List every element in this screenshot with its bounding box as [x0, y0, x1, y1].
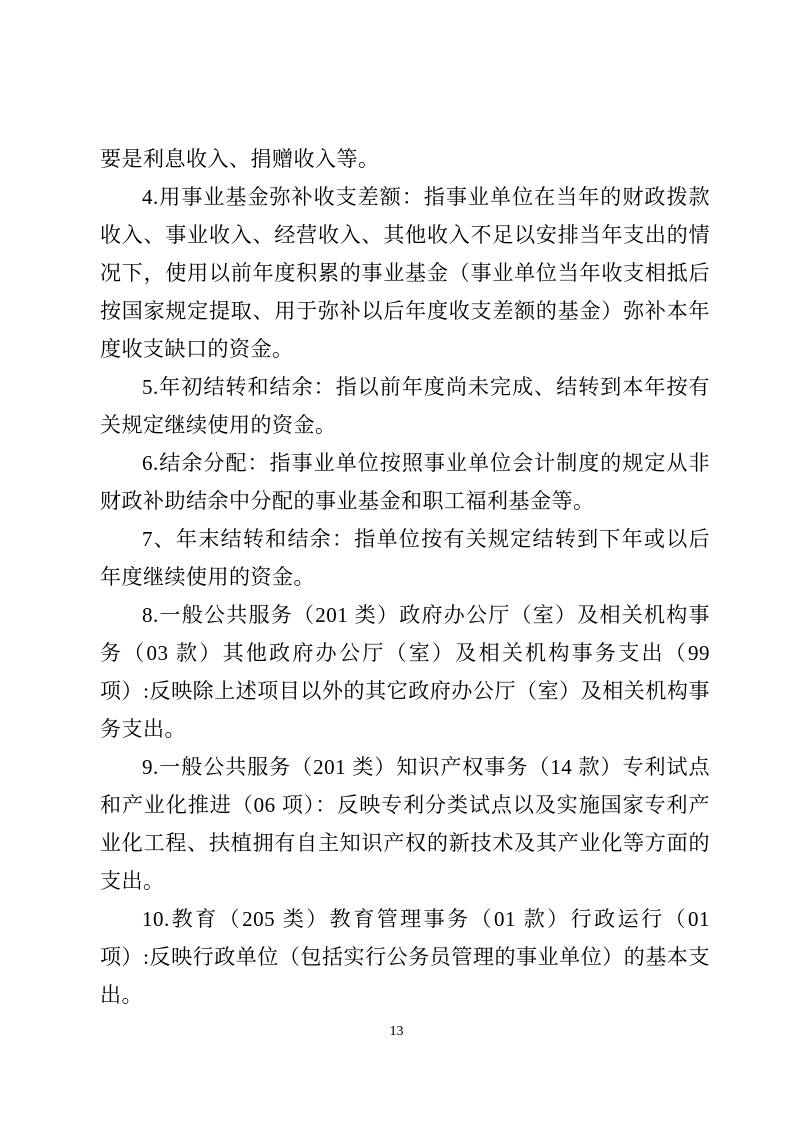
page-footer: 13 — [0, 1022, 793, 1040]
paragraph-item-6: 6.结余分配：指事业单位按照事业单位会计制度的规定从非财政补助结余中分配的事业基… — [100, 444, 710, 520]
page-number: 13 — [390, 1024, 404, 1039]
paragraph-item-4: 4.用事业基金弥补收支差额：指事业单位在当年的财政拨款收入、事业收入、经营收入、… — [100, 178, 710, 368]
paragraph-continuation: 要是利息收入、捐赠收入等。 — [100, 140, 710, 178]
paragraph-item-5: 5.年初结转和结余：指以前年度尚未完成、结转到本年按有关规定继续使用的资金。 — [100, 368, 710, 444]
paragraph-item-8: 8.一般公共服务（201 类）政府办公厅（室）及相关机构事务（03 款）其他政府… — [100, 596, 710, 748]
document-page: 要是利息收入、捐赠收入等。 4.用事业基金弥补收支差额：指事业单位在当年的财政拨… — [0, 0, 793, 1122]
paragraph-item-9: 9.一般公共服务（201 类）知识产权事务（14 款）专利试点和产业化推进（06… — [100, 748, 710, 900]
document-body-text: 要是利息收入、捐赠收入等。 4.用事业基金弥补收支差额：指事业单位在当年的财政拨… — [100, 140, 710, 1014]
paragraph-item-7: 7、年末结转和结余：指单位按有关规定结转到下年或以后年度继续使用的资金。 — [100, 520, 710, 596]
paragraph-item-10: 10.教育（205 类）教育管理事务（01 款）行政运行（01 项）:反映行政单… — [100, 900, 710, 1014]
